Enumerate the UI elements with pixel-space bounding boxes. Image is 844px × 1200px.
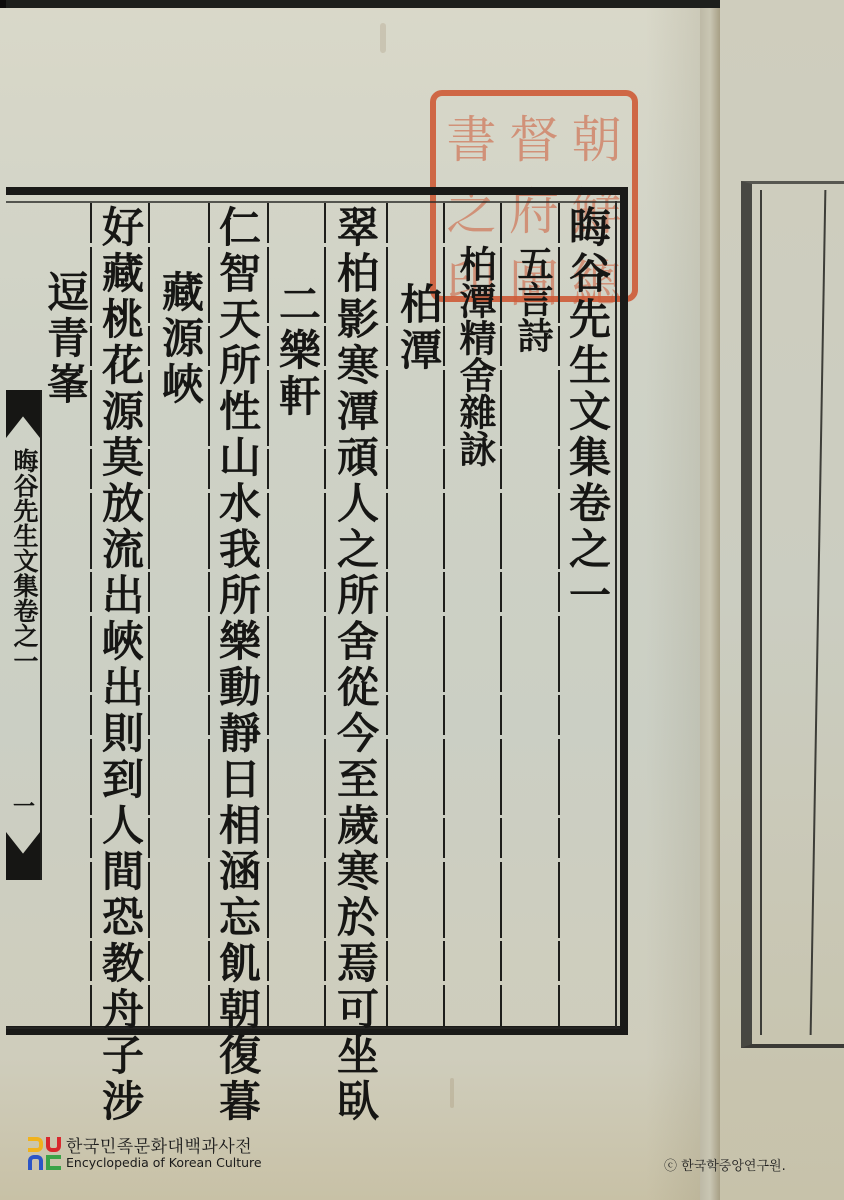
fishtail-mark-bottom-icon xyxy=(6,832,40,880)
poem-body-baektam: 翠柏影寒潭頑人之所舍從今至歲寒於焉可坐臥 xyxy=(332,205,378,1125)
logo-english-name: Encyclopedia of Korean Culture xyxy=(66,1156,262,1170)
genre-heading: 五言詩 xyxy=(510,245,556,353)
column-rule xyxy=(500,203,502,1027)
seal-character: 書 xyxy=(440,100,503,172)
fishtail-mark-top-icon xyxy=(6,390,40,438)
facing-page-frame xyxy=(741,181,844,1048)
center-fold-title: 晦谷先生文集卷之一 xyxy=(10,448,38,673)
poem-title-baektam: 柏潭 xyxy=(395,282,441,374)
poem-body-jangwonhyeop: 好藏桃花源莫放流出峽出則到人間恐教舟子涉 xyxy=(97,205,143,1125)
facing-page-rule xyxy=(760,190,762,1035)
column-rule xyxy=(386,203,388,1027)
column-rule xyxy=(90,203,92,1027)
column-rule xyxy=(267,203,269,1027)
column-rule xyxy=(148,203,150,1027)
inner-top-rule xyxy=(6,201,620,203)
column-rule xyxy=(208,203,210,1027)
inner-right-rule xyxy=(615,201,617,1027)
page-fold xyxy=(700,8,720,1200)
facing-page xyxy=(720,0,844,1200)
paper-stain xyxy=(450,1078,454,1108)
paper-stain xyxy=(380,23,386,53)
poem-title-jangwonhyeop: 藏源峽 xyxy=(157,270,203,408)
poem-title-ducheongbong: 逗青峯 xyxy=(42,270,88,408)
seal-character: 督 xyxy=(503,100,566,172)
page-number: 一 xyxy=(12,790,36,821)
poem-title-iraksheon: 二樂軒 xyxy=(274,282,320,420)
seal-character: 朝 xyxy=(565,100,628,172)
copyright-notice: ⓒ 한국학중앙연구원. xyxy=(664,1155,786,1174)
encyclopedia-logo-icon xyxy=(28,1137,62,1171)
logo-korean-name: 한국민족문화대백과사전 xyxy=(66,1138,262,1156)
section-heading: 柏潭精舍雜詠 xyxy=(452,245,498,467)
center-fold-column: 晦谷先生文集卷之一 一 xyxy=(6,390,42,880)
encyclopedia-logo: 한국민족문화대백과사전 Encyclopedia of Korean Cultu… xyxy=(28,1137,262,1171)
poem-body-iraksheon: 仁智天所性山水我所樂動靜日相涵忘飢朝復暮 xyxy=(214,205,260,1125)
collection-title: 晦谷先生文集卷之一 xyxy=(564,205,610,619)
column-rule xyxy=(558,203,560,1027)
column-rule xyxy=(443,203,445,1027)
column-rule xyxy=(324,203,326,1027)
